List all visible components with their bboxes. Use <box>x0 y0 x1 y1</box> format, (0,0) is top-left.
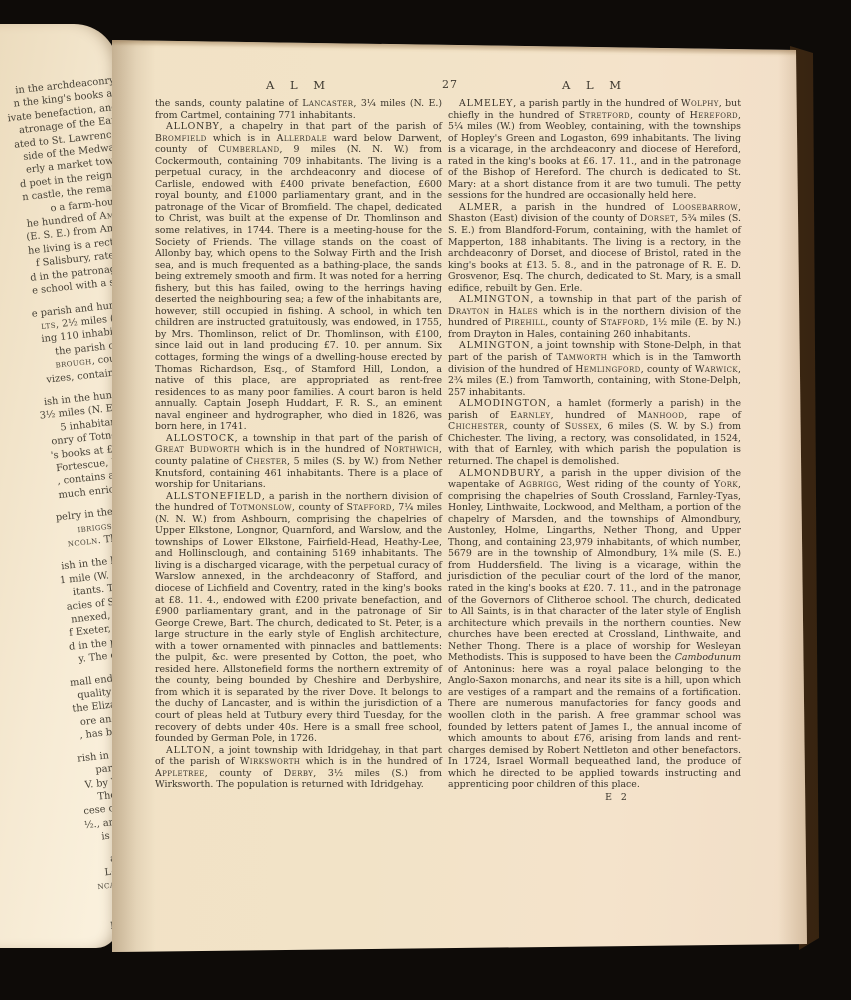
gutter-shadow <box>112 40 156 952</box>
entry-paragraph: the sands, county palatine of Lancaster,… <box>155 98 442 121</box>
entry-paragraph: ALMER, a parish in the hundred of Looseb… <box>448 202 741 294</box>
entry-paragraph: ALMINGTON, a joint township with Stone-D… <box>448 340 741 398</box>
right-page: A L M 27 A L M the sands, county palatin… <box>0 0 851 1000</box>
entry-paragraph: ALMODINGTON, a hamlet (formerly a parish… <box>448 398 741 467</box>
running-title-left: A L M <box>155 78 442 92</box>
entry-paragraph: ALMINGTON, a township in that part of th… <box>448 294 741 340</box>
entry-paragraph: ALLTON, a joint township with Idridgehay… <box>155 745 442 791</box>
page-top-edge <box>112 40 798 58</box>
running-head: A L M 27 A L M <box>112 78 798 94</box>
running-title-right: A L M <box>448 78 741 92</box>
entry-paragraph: ALLSTONEFIELD, a parish in the northern … <box>155 491 442 745</box>
entry-paragraph: ALLOSTOCK, a township in that part of th… <box>155 433 442 491</box>
entry-paragraph: ALLONBY, a chapelry in that part of the … <box>155 121 442 433</box>
signature-mark: E 2 <box>448 792 741 804</box>
left-page-partial: in the archdeaconryn the king's books at… <box>0 24 118 948</box>
text-column-left: the sands, county palatine of Lancaster,… <box>155 98 442 791</box>
left-page-text: in the archdeaconryn the king's books at… <box>0 74 118 948</box>
entry-paragraph: ALMONDBURY, a parish in the upper divisi… <box>448 468 741 791</box>
entry-paragraph: ALMELEY, a parish partly in the hundred … <box>448 98 741 202</box>
text-column-right: ALMELEY, a parish partly in the hundred … <box>448 98 741 803</box>
